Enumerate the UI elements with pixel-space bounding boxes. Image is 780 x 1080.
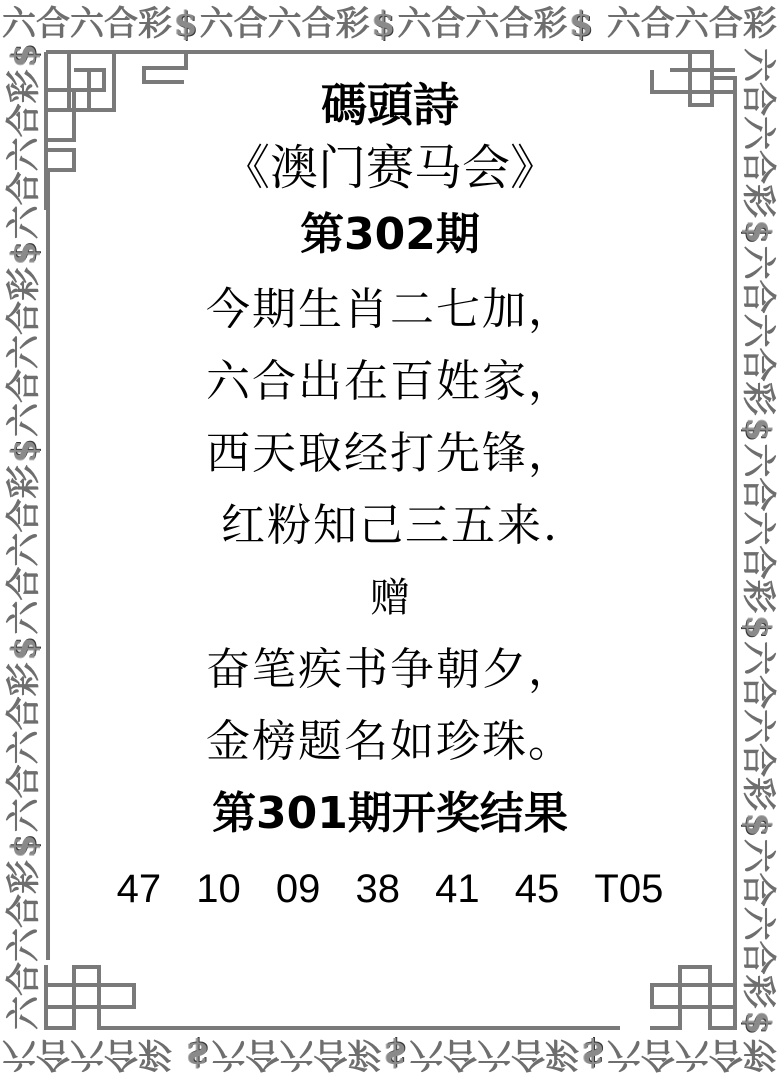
frame-right-line bbox=[733, 130, 737, 970]
poem-line: 今期生肖二七加， bbox=[60, 274, 720, 346]
dollar-icon: $ bbox=[738, 220, 778, 244]
dollar-icon: $ bbox=[738, 1011, 778, 1035]
dollar-icon: $ bbox=[384, 1034, 408, 1074]
gift-label: 赠 bbox=[60, 562, 720, 634]
bottom-left-ornament bbox=[44, 965, 144, 1035]
band-text: 六合六合彩 bbox=[4, 662, 44, 832]
dollar-icon: $ bbox=[4, 637, 44, 661]
dollar-icon: $ bbox=[186, 1034, 210, 1074]
band-text: 六合六合彩 bbox=[397, 4, 567, 44]
gift-poem-line: 金榜题名如珍珠。 bbox=[60, 706, 720, 778]
gift-poem-line: 奋笔疾书争朝夕， bbox=[60, 634, 720, 706]
band-text: 六合六合彩 bbox=[2, 1034, 172, 1074]
band-text: 六合六合彩 bbox=[4, 860, 44, 1030]
result-number: 38 bbox=[356, 867, 401, 911]
result-number: 47 bbox=[117, 867, 162, 911]
poem-line: 六合出在百姓家， bbox=[60, 346, 720, 418]
left-border-band: 六合六合彩$六合六合彩$六合六合彩$六合六合彩$六合六合彩$ bbox=[4, 42, 44, 1030]
special-number: T05 bbox=[594, 867, 663, 911]
band-text: 六合六合彩 bbox=[607, 1034, 777, 1074]
band-text: 六合六合彩 bbox=[738, 641, 778, 811]
band-text: 六合六合彩 bbox=[4, 465, 44, 635]
right-border-band: 六合六合彩$六合六合彩$六合六合彩$六合六合彩$六合六合彩$ bbox=[738, 48, 778, 1036]
result-numbers: 47 10 09 38 41 45 T05 bbox=[60, 854, 720, 924]
poem-line: 红粉知己三五来. bbox=[60, 490, 720, 562]
result-title: 第301期开奖结果 bbox=[60, 778, 720, 854]
subtitle: 《澳门赛马会》 bbox=[60, 136, 720, 202]
page-title: 碼頭詩 bbox=[60, 76, 720, 134]
dollar-icon: $ bbox=[174, 4, 198, 44]
band-text: 六合六合彩 bbox=[4, 69, 44, 239]
band-text: 六合六合彩 bbox=[4, 267, 44, 437]
dollar-icon: $ bbox=[4, 241, 44, 265]
band-text: 六合六合彩 bbox=[607, 4, 777, 44]
dollar-icon: $ bbox=[738, 813, 778, 837]
band-text: 六合六合彩 bbox=[738, 839, 778, 1009]
band-text: 六合六合彩 bbox=[738, 443, 778, 613]
dollar-icon: $ bbox=[738, 418, 778, 442]
dollar-icon: $ bbox=[4, 834, 44, 858]
issue-number: 第302期 bbox=[60, 202, 720, 274]
frame-top-line bbox=[185, 50, 655, 54]
result-number: 09 bbox=[276, 867, 321, 911]
result-number: 41 bbox=[435, 867, 480, 911]
frame-left-line bbox=[46, 170, 50, 960]
band-text: 六合六合彩 bbox=[738, 48, 778, 218]
band-text: 六合六合彩 bbox=[2, 4, 172, 44]
band-text: 六合六合彩 bbox=[200, 4, 370, 44]
top-border-band: 六合六合彩$六合六合彩$六合六合彩$ 六合六合彩$ bbox=[2, 4, 780, 44]
band-text: 六合六合彩 bbox=[212, 1034, 382, 1074]
band-text: 六合六合彩 bbox=[409, 1034, 579, 1074]
poem-line: 西天取经打先锋， bbox=[60, 418, 720, 490]
result-number: 45 bbox=[515, 867, 560, 911]
poem-card: 碼頭詩 《澳门赛马会》 第302期 今期生肖二七加， 六合出在百姓家， 西天取经… bbox=[60, 76, 720, 924]
dollar-icon: $ bbox=[738, 615, 778, 639]
dollar-icon: $ bbox=[569, 4, 593, 44]
frame-bottom-line bbox=[100, 1026, 620, 1030]
bottom-right-ornament bbox=[650, 965, 740, 1035]
band-text: 六合六合彩 bbox=[738, 246, 778, 416]
dollar-icon: $ bbox=[581, 1034, 605, 1074]
dollar-icon: $ bbox=[4, 439, 44, 463]
bottom-border-band: 六合六合彩 $六合六合彩$六合六合彩$六合六合彩$ bbox=[2, 1034, 780, 1074]
result-number: 10 bbox=[196, 867, 241, 911]
dollar-icon: $ bbox=[4, 44, 44, 68]
dollar-icon: $ bbox=[372, 4, 396, 44]
